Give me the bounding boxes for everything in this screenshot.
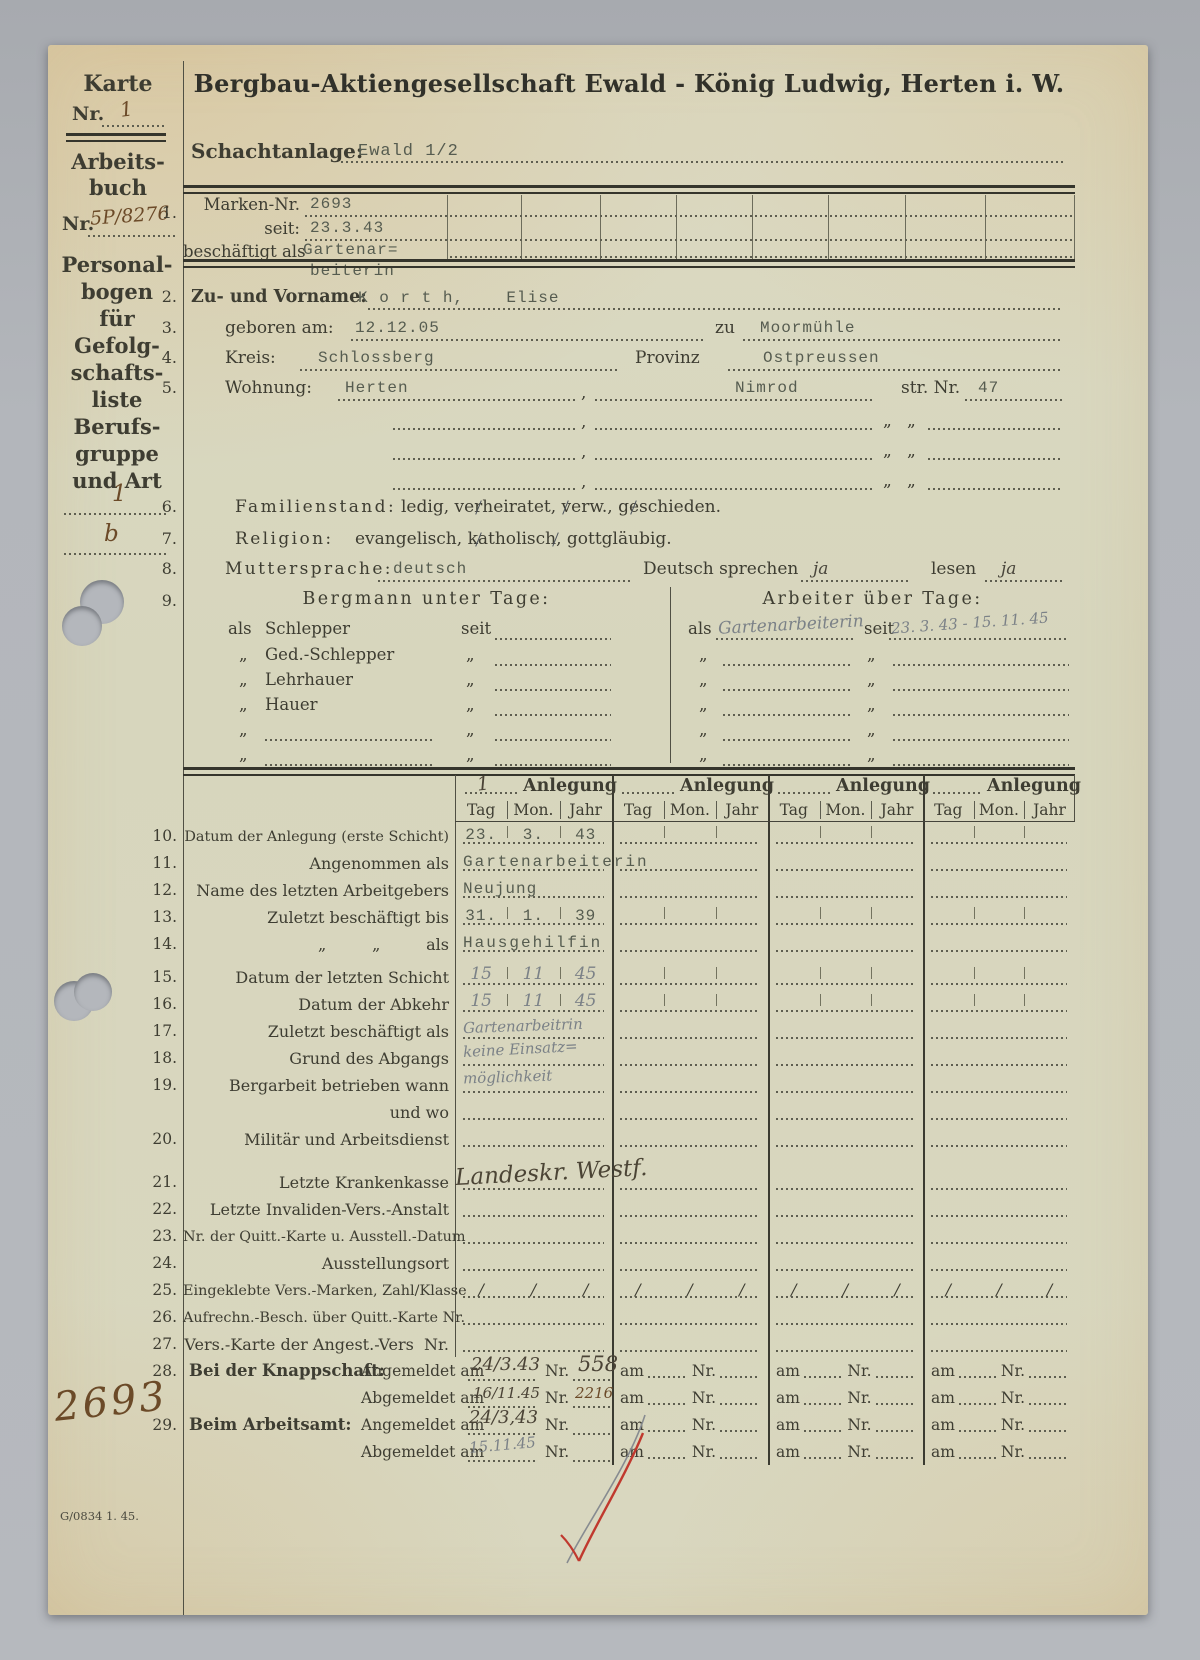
table-row-20: 20. Militär und Arbeitsdienst [183,1125,1075,1152]
seit-value: 23.3.43 [310,219,384,237]
tag-header: Tag [455,801,507,819]
ditto-mark: „ [699,720,708,739]
row-number: 11. [147,854,177,872]
taetigkeit-section: 9. Bergmann unter Tage: Arbeiter über Ta… [183,585,1075,767]
dotted-line [368,308,1063,310]
mon-value: 1. [507,907,559,925]
double-rule [183,259,1075,268]
row-number: 4. [149,348,177,367]
slash-cell: / / / [923,1276,1075,1303]
empty-cell [768,903,923,930]
ditto-mark: „ [239,720,248,739]
row-label: Zuletzt beschäftigt als [183,1022,449,1041]
dotted-line [495,689,611,691]
religion-options: evangelisch, katholisch, gottgläubig. [355,529,672,549]
anlegung-label: Anlegung [987,776,1081,796]
knappschaft-abgemeldet-nr: 2216 [575,1384,613,1402]
bergarbeit-wann-value: möglichkeit [463,1066,553,1087]
knappschaft-label: Bei der Knappschaft: [189,1361,385,1380]
jahr-value: 45 [560,964,612,984]
nr-label: Nr. [692,1443,716,1461]
row-number: 23. [147,1227,177,1245]
empty-cell [612,1044,768,1071]
jahr-header: Jahr [716,801,768,819]
row-label: Ausstellungsort [183,1254,449,1273]
empty-cell [612,849,768,876]
arbeitsamt-label: Beim Arbeitsamt: [189,1415,352,1434]
wohnort-value: Herten [345,379,409,397]
row-label: Datum der Anlegung (erste Schicht) [183,829,449,845]
table-row-16: 16. Datum der Abkehr 15 11 45 [183,990,1075,1017]
value-cell: möglichkeit [455,1071,612,1098]
grid-line [985,195,986,259]
empty-cell [612,1125,768,1152]
dotted-line [728,369,1063,371]
punch-hole-circle [62,606,102,646]
seit-label: seit: [183,219,300,238]
row-number: 9. [149,591,177,610]
anlegung-header-4: Anlegung [923,776,1075,799]
slash-mark: / [871,1280,923,1299]
table-header: 1 Anlegung Anlegung Anlegung Anlegung Ta… [183,775,1075,822]
abgemeldet-label: Abgemeldet am [361,1389,484,1407]
empty-cell [923,1071,1075,1098]
slash-mark: / [768,1280,820,1299]
dotted-line [893,714,1069,716]
knappschaft-abgemeldet-datum: 16/11.45 [473,1384,540,1402]
grid-line [676,195,677,259]
lesen-label: lesen [931,559,976,579]
row-number: 2. [149,287,177,306]
grid-line [752,195,753,259]
red-check-long-arm [579,1433,643,1561]
row-label: Aufrechn.-Besch. über Quitt.-Karte Nr. [183,1310,449,1326]
mon-value: 11 [507,964,559,984]
dotted-line [468,1379,538,1381]
nr-label: Nr. [847,1443,871,1461]
arbeitsbuch-label-1: Arbeits- [68,149,168,174]
row-number: 6. [149,497,177,516]
table-row-21: 21. Letzte Krankenkasse Landeskr. Westf. [183,1168,1075,1195]
am-nr-cell: amNr. [768,1384,923,1411]
nr-label: Nr. [1001,1443,1025,1461]
dotted-line [393,428,578,430]
comma: , [581,472,586,492]
marken-nr-value: 2693 [310,195,352,213]
value-cell: Landeskr. Westf. [455,1168,612,1195]
subheader-3: Tag Mon. Jahr [768,799,923,822]
table-row-17: 17. Zuletzt beschäftigt als Gartenarbeit… [183,1017,1075,1044]
empty-cell [612,1017,768,1044]
dotted-line [778,792,830,794]
dotted-line [450,256,1074,258]
ditto-mark: „ [466,720,475,739]
row-label: Datum der Abkehr [183,995,449,1014]
row-number: 14. [147,935,177,953]
schachtanlage-row: Schachtanlage: Ewald 1/2 [183,139,1075,165]
slash-mark: / [974,1280,1025,1299]
dotted-line [723,664,853,666]
arbeiter-seit-value: 23. 3. 43 - 15. 11. 45 [891,609,1050,638]
grid-line [1074,195,1075,259]
dotted-line [573,1406,611,1408]
am-label: am [776,1416,800,1434]
mon-value: 11 [507,991,559,1011]
dotted-line [378,580,633,582]
arbeiter-als-value: Gartenarbeiterin [718,611,865,639]
ditto-mark: „ [239,695,248,714]
slash-mark: / [923,1280,974,1299]
table-row-27: 27. Vers.-Karte der Angest.-Vers Nr. [183,1330,1075,1357]
mon-header: Mon. [507,801,559,819]
taetigkeit-row: als Schlepper seit als Gartenarbeiterin … [183,619,1075,645]
subheader-4: Tag Mon. Jahr [923,799,1075,822]
empty-cell [612,903,768,930]
empty-cell [612,876,768,903]
strasse-value: Nimrod [735,379,799,397]
dotted-line [893,764,1069,766]
tag-header: Tag [923,801,974,819]
dotted-line [928,488,1063,490]
kreis-row: 4. Kreis: Schlossberg Provinz Ostpreusse… [183,348,1075,374]
empty-cell [768,849,923,876]
table-row-19: 19. Bergarbeit betrieben wann möglichkei… [183,1071,1075,1098]
empty-cell [768,1303,923,1330]
am-label: am [620,1362,644,1380]
nr-label: Nr. [545,1362,569,1380]
dotted-line [648,1376,688,1378]
row-number: 21. [147,1173,177,1191]
muttersprache-label: Muttersprache: [225,559,393,579]
double-rule [183,185,1075,194]
dotted-line [876,1457,915,1459]
dotted-line [495,739,611,741]
punch-hole [58,580,120,648]
ditto-mark: „ [907,471,916,491]
empty-cell [768,1222,923,1249]
punch-hole-circle [74,973,112,1011]
jahr-header: Jahr [871,801,923,819]
nr-label: Nr. [1001,1389,1025,1407]
dotted-line [595,458,873,460]
tag-value: 23. [455,826,507,844]
table-row-25: 25. Eingeklebte Vers.-Marken, Zahl/Klass… [183,1276,1075,1303]
row-label: Militär und Arbeitsdienst [183,1130,449,1149]
schlepper-label: Schlepper [265,619,350,638]
dotted-line [64,553,168,555]
ditto-mark: „ [907,411,916,431]
geboren-row: 3. geboren am: 12.12.05 zu Moormühle [183,318,1075,344]
anlegung-header-1: 1 Anlegung [455,776,612,799]
arbeitsbuch-label-2: buch [68,175,168,200]
am-label: am [776,1389,800,1407]
row-number: 22. [147,1200,177,1218]
dotted-line [933,792,983,794]
date-cell: 23. 3. 43 [455,822,612,849]
arbeitsamt-angemeldet-datum: 24/3,43 [469,1407,538,1428]
row-number: 12. [147,881,177,899]
am-label: am [776,1362,800,1380]
dotted-line [804,1376,843,1378]
row-number: 1. [149,203,177,222]
am-nr-cell: amNr. [612,1384,768,1411]
name-value: K o r t h, Elise [358,289,559,307]
provinz-value: Ostpreussen [763,349,880,367]
arbeitgeber-value: Neujung [463,880,537,898]
dotted-line [959,1403,997,1405]
table-row-10: 10. Datum der Anlegung (erste Schicht) 2… [183,822,1075,849]
dotted-line [351,339,703,341]
table-row-23: 23. Nr. der Quitt.-Karte u. Ausstell.-Da… [183,1222,1075,1249]
row-number: 26. [147,1308,177,1326]
empty-cell [612,963,768,990]
comma: , [581,442,586,462]
geboren-value: 12.12.05 [355,319,440,337]
empty-cell [768,1125,923,1152]
am-label: am [931,1443,955,1461]
company-title: Bergbau-Aktiengesellschaft Ewald - König… [183,69,1075,98]
empty-cell [923,822,1075,849]
dotted-line [876,1403,915,1405]
empty-cell [923,1168,1075,1195]
wohnung-blank-row: , „ „ [183,437,1075,463]
empty-cell [768,1330,923,1357]
row-number: 20. [147,1130,177,1148]
anlegung-table: 1 Anlegung Anlegung Anlegung Anlegung Ta… [183,775,1075,1465]
empty-cell [612,1195,768,1222]
row-number: 13. [147,908,177,926]
dotted-line [889,638,1069,640]
ditto-mark: „ [239,745,248,764]
grid-line [828,195,829,259]
table-row-14: 14. „ „ als Hausgehilfin [183,930,1075,957]
dotted-line [1029,1376,1067,1378]
ditto-mark: „ [867,670,876,689]
empty-cell [612,1098,768,1125]
stammdaten-block: 1. Marken-Nr. 2693 seit: 23.3.43 beschäf… [183,195,1075,259]
nr-label: Nr. [692,1389,716,1407]
religion-row: 7. Religion: evangelisch, katholisch, go… [183,529,1075,555]
empty-cell [612,1249,768,1276]
grid-line [447,195,448,259]
empty-cell [768,1168,923,1195]
dotted-line [300,369,620,371]
jahr-value: 39 [560,907,612,925]
nr-label: Nr. [847,1416,871,1434]
dotted-line [393,458,578,460]
dotted-line [723,739,853,741]
table-row-13: 13. Zuletzt beschäftigt bis 31. 1. 39 [183,903,1075,930]
beschaeftigt-als-value: Gartenar= [303,241,398,259]
ditto-mark: „ [883,471,892,491]
empty-cell [768,930,923,957]
empty-cell [923,1222,1075,1249]
karte-label: Karte [68,71,168,97]
marken-nr-label: Marken-Nr. [183,195,300,214]
geboren-label: geboren am: [225,318,334,338]
dotted-line [723,689,853,691]
seit-label: seit [461,619,491,638]
dotted-line [265,764,435,766]
dotted-line [804,1430,843,1432]
ditto-mark: „ [239,645,248,664]
slash-mark: / [1024,1280,1075,1299]
ditto-mark: „ [466,670,475,689]
als-label: als [228,619,252,638]
grid-line [905,195,906,259]
tag-value: 15 [455,964,507,984]
familienstand-label: Familienstand: [235,497,396,517]
row-label: Angenommen als [183,854,449,873]
row-label: und wo [183,1103,449,1122]
dotted-line [965,399,1063,401]
empty-cell [612,1222,768,1249]
slash-cell: / / / [768,1276,923,1303]
arbeiter-ueber-tage-title: Arbeiter über Tage: [670,589,1075,609]
empty-cell [923,930,1075,957]
abgemeldet-label: Abgemeldet am [361,1443,484,1461]
berufsgruppe-value-1: 1 [112,481,127,507]
jahr-header: Jahr [560,801,612,819]
empty-cell [768,1071,923,1098]
nr-label: Nr. [692,1362,716,1380]
name-row: 2. Zu- und Vorname: K o r t h, Elise [183,287,1075,313]
dotted-line [720,1376,760,1378]
row-number: 8. [149,559,177,578]
empty-cell [768,876,923,903]
dotted-line [985,580,1063,582]
row-number: 15. [147,968,177,986]
ditto-mark: „ [699,670,708,689]
str-nr-label: str. Nr. [901,378,960,398]
empty-cell [612,1168,768,1195]
dotted-line [1029,1457,1067,1459]
empty-cell [612,1330,768,1357]
dotted-line [88,235,176,237]
dotted-line [723,764,853,766]
dotted-line [720,1430,760,1432]
table-row-22: 22. Letzte Invaliden-Vers.-Anstalt [183,1195,1075,1222]
am-nr-cell: amNr. [768,1357,923,1384]
dotted-line [928,458,1063,460]
dotted-line [1029,1430,1067,1432]
empty-cell [923,903,1075,930]
angemeldet-label: Angemeldet am [361,1416,484,1434]
nr-label: Nr. [847,1362,871,1380]
punch-hole [54,973,116,1029]
zu-label: zu [715,318,735,338]
kreis-label: Kreis: [225,348,276,368]
value-cell: Hausgehilfin [455,930,612,957]
row-number: 19. [147,1076,177,1094]
lehrhauer-label: Lehrhauer [265,670,353,689]
ditto-mark: „ [699,645,708,664]
pencil-stroke [567,1415,645,1563]
empty-cell [768,963,923,990]
table-row-15: 15. Datum der letzten Schicht 15 11 45 [183,963,1075,990]
dotted-line [928,428,1063,430]
nr-label: Nr. [692,1416,716,1434]
empty-cell [768,1098,923,1125]
als-value: Hausgehilfin [463,934,602,952]
dotted-line [893,689,1069,691]
row-number: 7. [149,529,177,548]
taetigkeit-row: „ „ „ „ [183,720,1075,746]
empty-cell [923,1303,1075,1330]
comma: , [581,383,586,403]
mon-header: Mon. [820,801,872,819]
sprechen-value: ja [813,559,828,579]
name-label: Zu- und Vorname: [191,287,367,307]
dotted-line [495,764,611,766]
row-label: Vers.-Karte der Angest.-Vers Nr. [183,1335,449,1354]
value-cell: Gartenarbeiterin [455,849,612,876]
row-number: 25. [147,1281,177,1299]
wohnung-blank-row: , „ „ [183,467,1075,493]
am-label: am [776,1443,800,1461]
nr-label: Nr. [847,1389,871,1407]
row-label: Name des letzten Arbeitgebers [183,881,449,900]
dotted-line [801,580,911,582]
empty-cell [923,1249,1075,1276]
dotted-line [595,428,873,430]
dotted-line [338,399,578,401]
ditto-mark: „ [239,670,248,689]
slash-cell: / / / [612,1276,768,1303]
dotted-line [595,488,873,490]
jahr-header: Jahr [1024,801,1075,819]
empty-cell [612,930,768,957]
dotted-line [393,488,578,490]
row-number: 27. [147,1335,177,1353]
empty-cell [612,1303,768,1330]
empty-cell [923,1017,1075,1044]
wohnung-label: Wohnung: [225,378,312,398]
row-label: Grund des Abgangs [183,1049,449,1068]
scanned-document: Karte Nr. 1 Arbeits- buch Nr. 5P/8276 Pe… [0,0,1200,1660]
ditto-mark: „ [907,441,916,461]
anlegung-label: Anlegung [680,776,774,796]
date-cell: 31. 1. 39 [455,903,612,930]
dotted-line [265,739,435,741]
am-nr-cell: amNr. [768,1411,923,1438]
table-row-18: 18. Grund des Abgangs keine Einsatz= [183,1044,1075,1071]
empty-cell [612,990,768,1017]
grid-line [600,195,601,259]
religion-label: Religion: [235,529,334,549]
schachtanlage-label: Schachtanlage: [191,139,363,163]
dotted-line [341,161,1063,163]
jahr-value: 43 [560,826,612,844]
row-label: Nr. der Quitt.-Karte u. Ausstell.-Datum [183,1229,449,1245]
row-number: 29. [147,1416,177,1434]
am-label: am [931,1362,955,1380]
row-label: „ „ als [183,935,449,954]
dotted-line [876,1376,915,1378]
empty-cell [768,1195,923,1222]
dotted-line [305,239,1074,241]
empty-cell [455,1125,612,1152]
zuletzt-als-value: Gartenarbeitrin [463,1015,583,1037]
subheader-2: Tag Mon. Jahr [612,799,768,822]
slash-mark: / [820,1280,872,1299]
am-nr-cell: amNr. [612,1357,768,1384]
empty-cell [923,876,1075,903]
empty-cell [455,1249,612,1276]
row-label: Letzte Krankenkasse [183,1173,449,1192]
empty-cell [768,822,923,849]
taetigkeit-row: „ Hauer „ „ „ [183,695,1075,721]
